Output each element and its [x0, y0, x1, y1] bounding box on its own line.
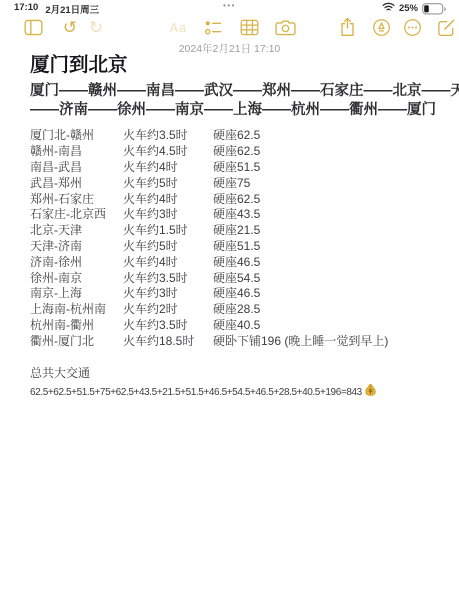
segment-price: 硬座75	[213, 176, 435, 192]
segment-route: 北京-天津	[30, 223, 123, 239]
segment-duration: 火车约1.5时	[123, 223, 213, 239]
segment-duration: 火车约2时	[123, 302, 213, 318]
route-summary: 厦门——赣州——南昌——武汉——郑州——石家庄——北京——天津 ——济南——徐州…	[30, 82, 435, 119]
summary-label: 总共大交通	[30, 364, 435, 381]
segment-route: 徐州-南京	[30, 271, 123, 287]
segment-price: 硬座54.5	[213, 271, 435, 287]
segment-route: 上海南-杭州南	[30, 302, 123, 318]
segment-route: 济南-徐州	[30, 255, 123, 271]
status-bar: 17:10 2月21日周三 ••• 25%	[0, 0, 459, 15]
battery-percent: 25%	[399, 3, 418, 14]
segment-duration: 火车约3.5时	[123, 128, 213, 144]
summary-calc-text: 62.5+62.5+51.5+75+62.5+43.5+21.5+51.5+46…	[30, 385, 362, 400]
sidebar-panel-icon[interactable]	[20, 15, 46, 39]
segment-route: 衢州-厦门北	[30, 334, 123, 350]
segment-price: 硬座62.5	[213, 144, 435, 160]
route-line-2: ——济南——徐州——南京——上海——杭州——衢州——厦门	[30, 101, 435, 120]
segment-route: 南昌-武昌	[30, 160, 123, 176]
table-icon[interactable]	[236, 15, 262, 39]
segment-price: 硬座51.5	[213, 239, 435, 255]
route-line-1: 厦门——赣州——南昌——武汉——郑州——石家庄——北京——天津	[30, 82, 435, 101]
segment-route: 郑州-石家庄	[30, 192, 123, 208]
text-format-button: Aa	[165, 15, 191, 39]
segment-route: 厦门北-赣州	[30, 128, 123, 144]
summary-calc-line: 62.5+62.5+51.5+75+62.5+43.5+21.5+51.5+46…	[30, 383, 435, 402]
segment-duration: 火车约4时	[123, 192, 213, 208]
segment-price: 硬座62.5	[213, 192, 435, 208]
segment-duration: 火车约18.5时	[123, 334, 213, 350]
segment-duration: 火车约3.5时	[123, 318, 213, 334]
segment-price: 硬座51.5	[213, 160, 435, 176]
segment-duration: 火车约4时	[123, 160, 213, 176]
segment-duration: 火车约4.5时	[123, 144, 213, 160]
segment-duration: 火车约3时	[123, 207, 213, 223]
segment-price: 硬座46.5	[213, 286, 435, 302]
battery-icon	[422, 3, 446, 15]
checklist-icon[interactable]	[200, 15, 226, 39]
segment-duration: 火车约3.5时	[123, 271, 213, 287]
undo-icon[interactable]: ↺	[57, 15, 83, 39]
segment-price: 硬座28.5	[213, 302, 435, 318]
segment-duration: 火车约4时	[123, 255, 213, 271]
segment-price: 硬座21.5	[213, 223, 435, 239]
segment-price: 硬座46.5	[213, 255, 435, 271]
segment-route: 石家庄-北京西	[30, 207, 123, 223]
compose-icon[interactable]	[433, 15, 459, 39]
segment-route: 天津-济南	[30, 239, 123, 255]
segment-price: 硬座40.5	[213, 318, 435, 334]
notes-app-screen: 17:10 2月21日周三 ••• 25%	[0, 0, 459, 600]
status-date: 2月21日周三	[45, 2, 99, 16]
note-editor[interactable]: 厦门到北京 厦门——赣州——南昌——武汉——郑州——石家庄——北京——天津 ——…	[30, 55, 435, 402]
segment-duration: 火车约5时	[123, 176, 213, 192]
segment-route: 武昌-郑州	[30, 176, 123, 192]
segment-duration: 火车约3时	[123, 286, 213, 302]
notes-toolbar: ↺ ↻ Aa	[0, 15, 459, 39]
segment-duration: 火车约5时	[123, 239, 213, 255]
multitask-dots-icon: •••	[223, 1, 236, 10]
camera-icon[interactable]	[272, 15, 298, 39]
segments-table: 厦门北-赣州 火车约3.5时 硬座62.5 赣州-南昌 火车约4.5时 硬座62…	[30, 128, 435, 349]
share-icon[interactable]	[334, 15, 360, 39]
status-time: 17:10	[14, 2, 38, 16]
money-bag-icon	[364, 383, 377, 402]
segment-route: 南京-上海	[30, 286, 123, 302]
wifi-icon	[382, 2, 395, 15]
note-title: 厦门到北京	[30, 55, 435, 76]
segment-price: 硬座43.5	[213, 207, 435, 223]
segment-price: 硬座62.5	[213, 128, 435, 144]
segment-price: 硬卧下铺196 (晚上睡一觉到早上)	[213, 334, 435, 350]
segment-route: 杭州南-衢州	[30, 318, 123, 334]
redo-icon: ↻	[83, 15, 109, 39]
segment-route: 赣州-南昌	[30, 144, 123, 160]
more-icon[interactable]	[399, 15, 425, 39]
markup-icon[interactable]	[368, 15, 394, 39]
